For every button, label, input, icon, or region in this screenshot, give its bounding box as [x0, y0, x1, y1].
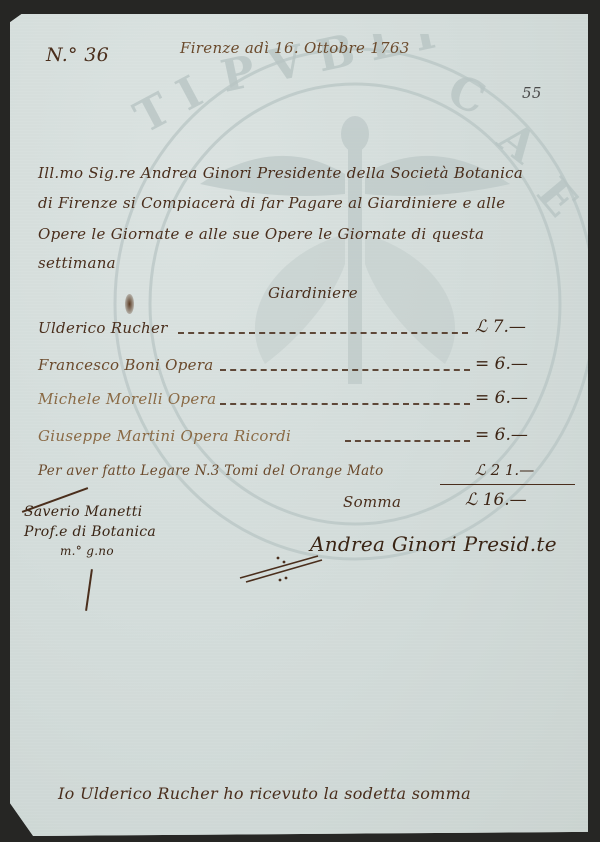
entry-name-3: Michele Morelli Opera	[38, 390, 216, 408]
entry-name-5: Per aver fatto Legare N.3 Tomi del Orang…	[38, 463, 384, 479]
approver-signature-note: m.° g.no	[60, 544, 114, 558]
entry-name-1: Ulderico Rucher	[38, 319, 168, 337]
body-line-2: di Firenze si Compiacerà di far Pagare a…	[38, 194, 505, 212]
svg-text:E: E	[527, 168, 588, 226]
leader-dots	[220, 369, 470, 371]
sum-rule	[440, 484, 575, 485]
reference-number: N.° 36	[46, 44, 109, 66]
entry-amount-3: = 6.—	[475, 388, 528, 408]
entry-amount-5: ℒ 2 1.—	[475, 461, 534, 479]
approver-signature-name: Saverio Manetti	[24, 504, 142, 520]
svg-text:T I: T I	[126, 66, 211, 143]
place-date: Firenze adì 16. Ottobre 1763	[180, 39, 410, 57]
body-line-1: Ill.mo Sig.re Andrea Ginori Presidente d…	[38, 164, 523, 182]
entry-name-4: Giuseppe Martini Opera Ricordi	[38, 427, 291, 445]
receipt-line: Io Ulderico Rucher ho ricevuto la sodett…	[58, 784, 471, 803]
folio-number: 55	[522, 84, 542, 102]
president-signature: Andrea Ginori Presid.te	[310, 532, 557, 556]
leader-dots	[178, 332, 468, 334]
ink-stain	[125, 294, 134, 314]
entry-name-2: Francesco Boni Opera	[38, 356, 214, 374]
column-header: Giardiniere	[268, 284, 358, 302]
approver-signature-title: Prof.e di Botanica	[24, 524, 156, 540]
leader-dots	[220, 403, 470, 405]
body-line-3: Opere le Giornate e alle sue Opere le Gi…	[38, 225, 484, 243]
document-paper: T I P V B L I C A E N.° 36 Firenze adì 1…	[10, 14, 588, 836]
body-line-4: settimana	[38, 254, 116, 272]
entry-amount-1: ℒ 7.—	[475, 317, 526, 337]
total-amount: ℒ 16.—	[465, 490, 527, 510]
signature-flourish	[85, 569, 93, 611]
svg-text:C: C	[441, 65, 493, 125]
total-label: Somma	[343, 493, 401, 511]
entry-amount-2: = 6.—	[475, 354, 528, 374]
leader-dots	[345, 440, 470, 442]
entry-amount-4: = 6.—	[475, 425, 528, 445]
